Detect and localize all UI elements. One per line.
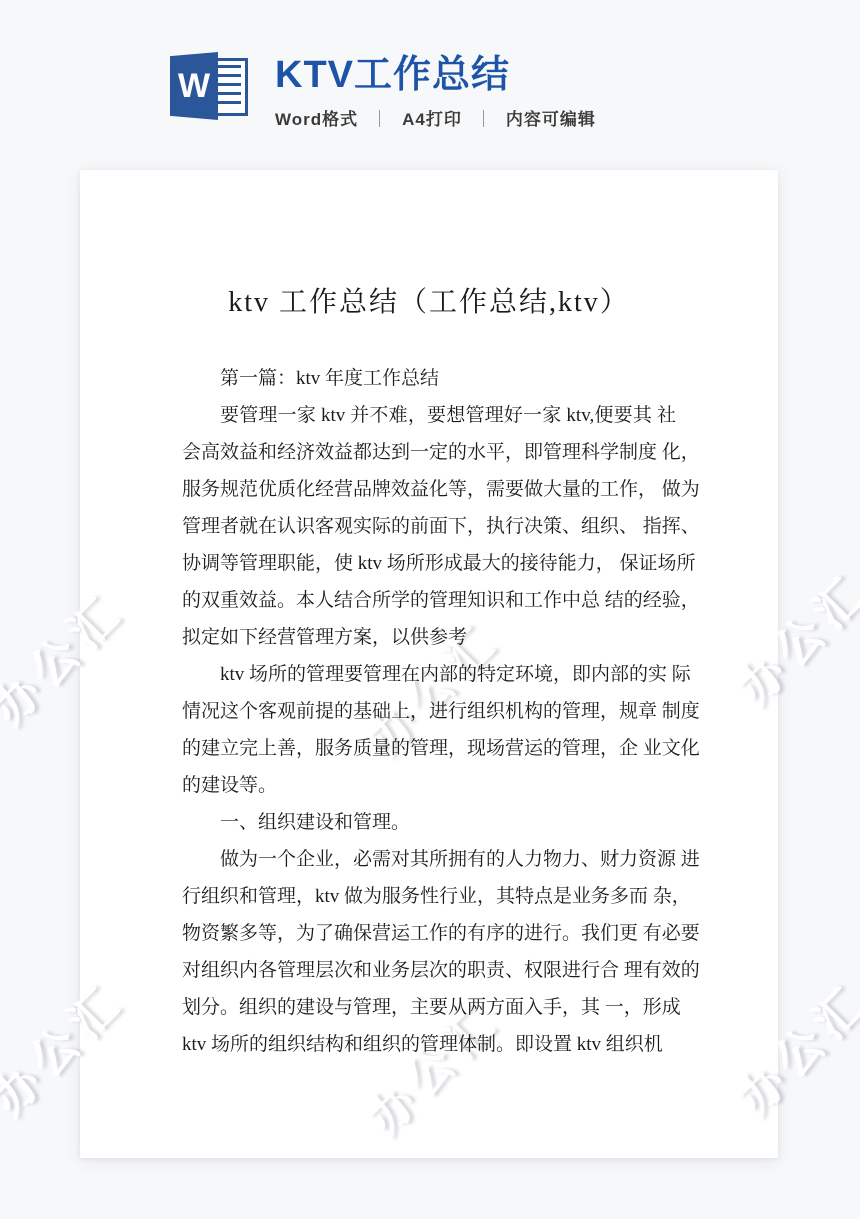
attr-format: Word格式 xyxy=(275,110,358,129)
attr-editable: 内容可编辑 xyxy=(506,110,596,129)
document-title: ktv 工作总结（工作总结,ktv） xyxy=(80,280,778,320)
page-title: KTV工作总结 xyxy=(275,53,596,97)
doc-line: 会高效益和经济效益都达到一定的水平，即管理科学制度 化， xyxy=(182,434,676,471)
doc-line: 行组织和管理，ktv 做为服务性行业，其特点是业务多而 杂， xyxy=(182,878,676,915)
doc-line: 情况这个客观前提的基础上，进行组织机构的管理，规章 制度 xyxy=(182,693,676,730)
page-background: W KTV工作总结 Word格式｜A4打印｜内容可编辑 ktv 工作总结（工作总… xyxy=(0,0,860,1219)
doc-line: 一、组织建设和管理。 xyxy=(182,804,676,841)
doc-line: 对组织内各管理层次和业务层次的职责、权限进行合 理有效的 xyxy=(182,952,676,989)
attr-separator: ｜ xyxy=(475,110,493,129)
doc-line: 服务规范优质化经营品牌效益化等，需要做大量的工作， 做为 xyxy=(182,471,676,508)
doc-line: ktv 场所的管理要管理在内部的特定环境，即内部的实 际 xyxy=(182,656,676,693)
doc-line: 物资繁多等，为了确保营运工作的有序的进行。我们更 有必要 xyxy=(182,915,676,952)
doc-line: ktv 场所的组织结构和组织的管理体制。即设置 ktv 组织机 xyxy=(182,1026,676,1063)
doc-line: 做为一个企业，必需对其所拥有的人力物力、财力资源 进 xyxy=(182,841,676,878)
attr-print: A4打印 xyxy=(402,110,462,129)
word-icon: W xyxy=(168,52,252,124)
doc-line: 的建立完上善，服务质量的管理，现场营运的管理，企 业文化 xyxy=(182,730,676,767)
doc-line: 拟定如下经营管理方案，以供参考 xyxy=(182,619,676,656)
doc-line: 协调等管理职能，使 ktv 场所形成最大的接待能力， 保证场所 xyxy=(182,545,676,582)
attr-separator: ｜ xyxy=(371,110,389,129)
doc-line: 要管理一家 ktv 并不难，要想管理好一家 ktv,便要其 社 xyxy=(182,397,676,434)
word-icon-letter: W xyxy=(178,69,210,103)
word-icon-flag: W xyxy=(170,52,218,120)
doc-body: 第一篇：ktv 年度工作总结要管理一家 ktv 并不难，要想管理好一家 ktv,… xyxy=(182,360,676,1063)
header: KTV工作总结 Word格式｜A4打印｜内容可编辑 xyxy=(275,53,596,130)
doc-line: 管理者就在认识客观实际的前面下，执行决策、组织、 指挥、 xyxy=(182,508,676,545)
doc-line: 划分。组织的建设与管理，主要从两方面入手，其 一，形成 xyxy=(182,989,676,1026)
doc-line: 的双重效益。本人结合所学的管理知识和工作中总 结的经验， xyxy=(182,582,676,619)
doc-line: 的建设等。 xyxy=(182,767,676,804)
file-attributes: Word格式｜A4打印｜内容可编辑 xyxy=(275,105,596,130)
doc-line: 第一篇：ktv 年度工作总结 xyxy=(182,360,676,397)
document-page: ktv 工作总结（工作总结,ktv） 第一篇：ktv 年度工作总结要管理一家 k… xyxy=(80,170,778,1158)
